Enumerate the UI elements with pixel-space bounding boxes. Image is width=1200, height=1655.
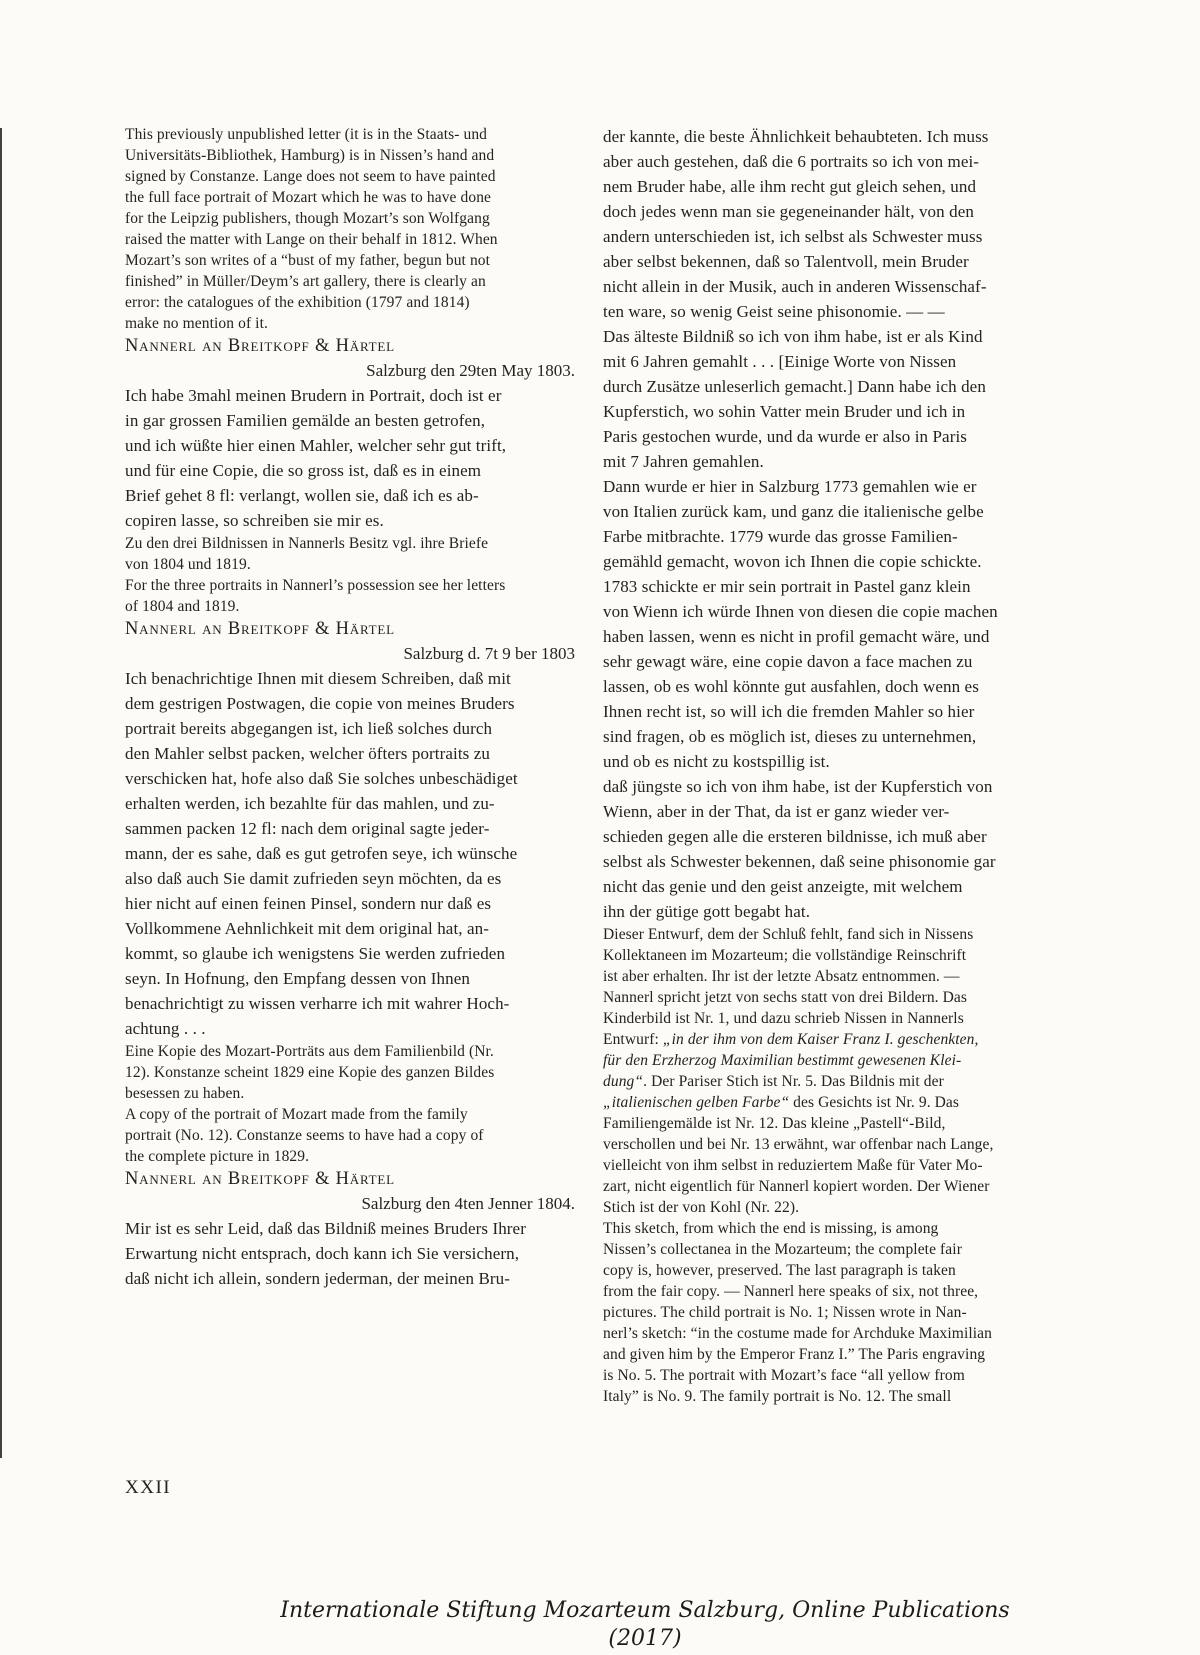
note-2-german: Eine Kopie des Mozart-Porträts aus dem F…	[125, 1041, 575, 1104]
intro-commentary-paragraph: This previously unpublished letter (it i…	[125, 124, 575, 334]
left-column: This previously unpublished letter (it i…	[125, 124, 575, 1291]
note-1-german: Zu den drei Bildnissen in Nannerls Besit…	[125, 533, 575, 575]
footer-credit: Internationale Stiftung Mozarteum Salzbu…	[255, 1597, 1035, 1653]
text-block: This previously unpublished letter (it i…	[125, 124, 1061, 1407]
letter-3-dateline: Salzburg den 4ten Jenner 1804.	[125, 1191, 575, 1216]
letter-3: Nannerl an Breitkopf & Härtel Salzburg d…	[125, 1167, 575, 1291]
letter-1-body: Ich habe 3mahl meinen Brudern in Portrai…	[125, 383, 575, 533]
letter-2-heading: Nannerl an Breitkopf & Härtel	[125, 617, 575, 641]
scan-edge-shadow	[0, 128, 2, 1458]
note-3-german: Dieser Entwurf, dem der Schluß fehlt, fa…	[603, 924, 1061, 1218]
letter-3-heading: Nannerl an Breitkopf & Härtel	[125, 1167, 575, 1191]
letter-3-body: Mir ist es sehr Leid, daß das Bildniß me…	[125, 1216, 575, 1291]
note-1-english: For the three portraits in Nannerl’s pos…	[125, 575, 575, 617]
right-column: der kannte, die beste Ähnlichkeit behaub…	[603, 124, 1061, 1407]
letter-1-heading: Nannerl an Breitkopf & Härtel	[125, 334, 575, 358]
note-2-english: A copy of the portrait of Mozart made fr…	[125, 1104, 575, 1167]
letter-1-dateline: Salzburg den 29ten May 1803.	[125, 358, 575, 383]
letter-2: Nannerl an Breitkopf & Härtel Salzburg d…	[125, 617, 575, 1041]
letter-2-dateline: Salzburg d. 7t 9 ber 1803	[125, 641, 575, 666]
note-3-english: This sketch, from which the end is missi…	[603, 1218, 1061, 1407]
letter-3-continuation: der kannte, die beste Ähnlichkeit behaub…	[603, 124, 1061, 924]
page-number: XXII	[125, 1477, 171, 1499]
scanned-book-page: This previously unpublished letter (it i…	[0, 0, 1200, 1655]
letter-2-body: Ich benachrichtige Ihnen mit diesem Schr…	[125, 666, 575, 1041]
letter-1: Nannerl an Breitkopf & Härtel Salzburg d…	[125, 334, 575, 533]
